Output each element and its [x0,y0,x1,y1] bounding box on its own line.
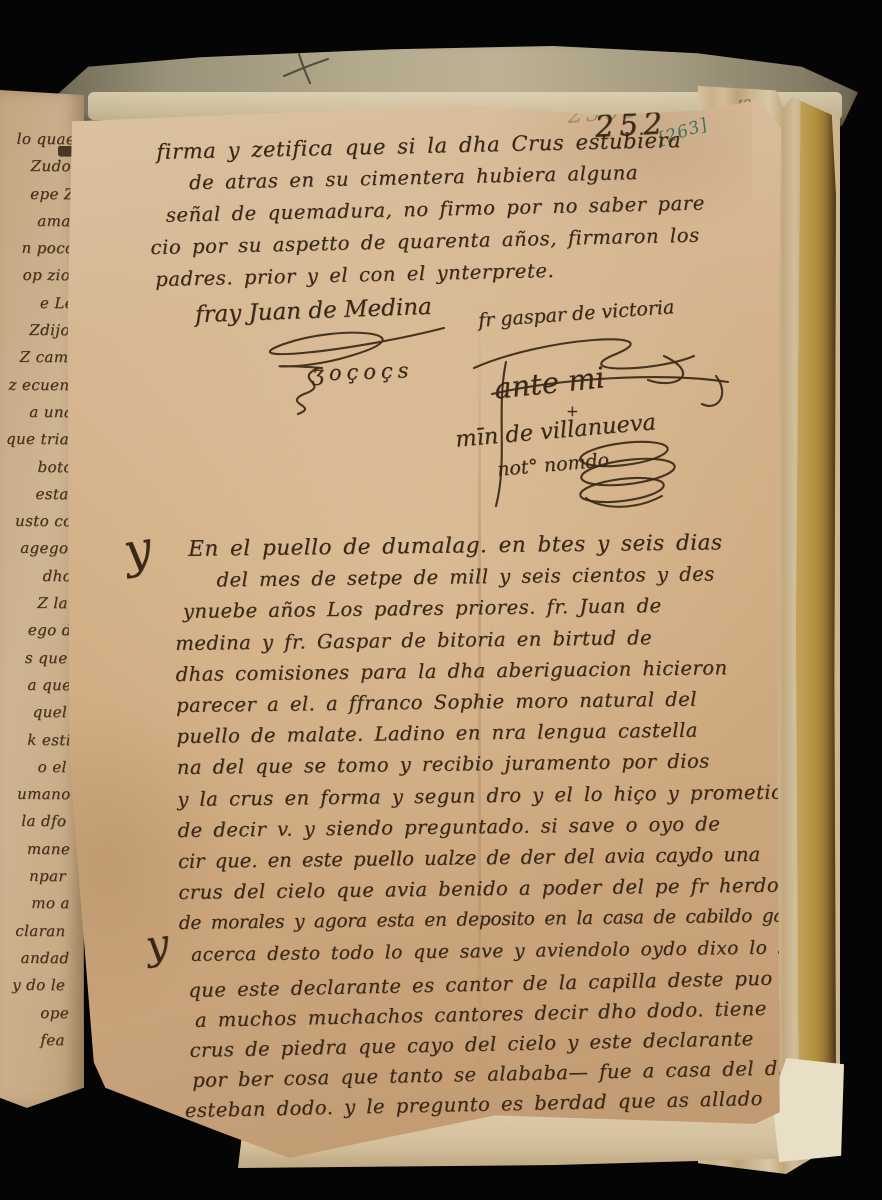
notarial-knot-rubric [562,436,692,516]
line-ending-fragment: ope [0,999,71,1027]
line-ending-fragment: claran [0,917,72,945]
vellum-cover-edge [796,88,836,1165]
line-ending-fragment: Zdijo [2,317,76,345]
line-ending-fragment: Z cami [2,344,76,372]
underlying-sheet-corner [772,1058,844,1162]
line-ending-fragment: epe Z [3,180,77,208]
paragraph-testimony: que este declarante es cantor de la capi… [188,962,844,1126]
line-ending-fragment: fea [0,1027,71,1055]
line-ending-fragment: k esti [0,726,73,754]
line-ending-fragment: umano [0,781,73,809]
facing-page-line-endings: lo quaeZudoepe Zaman pocoop zioe LeZdijo… [0,126,77,1055]
line-ending-fragment: e Le [2,290,76,318]
line-ending-fragment: y do le [0,972,71,1000]
line-ending-fragment: s que [0,644,74,672]
line-ending-fragment: agego [0,535,74,563]
line-ending-fragment: o el [0,754,73,782]
line-ending-fragment: usto co [0,508,74,536]
line-ending-fragment: quel [0,699,73,727]
line-ending-fragment: esta [1,481,75,509]
line-ending-fragment: a una [1,399,75,427]
line-ending-fragment: mo a [0,890,72,918]
line-ending-fragment: mane [0,835,72,863]
signature-fr-gaspar-de-victoria: fr gaspar de victoria [477,296,675,332]
manuscript-photo: [2 [0,0,882,1200]
line-ending-fragment: npar [0,863,72,891]
paragraph-deposition: En el puello de dumalag. en btes y seis … [174,526,826,971]
line-ending-fragment: dho [0,562,74,590]
line-ending-fragment: la dfo [0,808,72,836]
line-ending-fragment: Z la [0,590,74,618]
ink-blot [58,146,73,156]
line-ending-fragment: op zio [2,262,76,290]
line-ending-fragment: boto [1,453,75,481]
line-ending-fragment: ego d [0,617,74,645]
paragraph-certification: firma y zetifica que si la dha Crus estu… [154,124,707,296]
line-ending-fragment: a que [0,672,73,700]
line-ending-fragment: Zudo [3,153,77,181]
line-ending-fragment: n poco [2,235,76,263]
paragraph-margin-mark: y [119,520,155,580]
cross-mark-icon [282,52,332,86]
line-ending-fragment: andad [0,945,72,973]
line-ending-fragment: que tria [1,426,75,454]
line-ending-fragment: z ecuen [1,371,75,399]
baybayin-signature: ʒoçoçs [312,358,414,386]
line-ending-fragment: ama [2,208,76,236]
manuscript-page: 2563 252 [263] firma y zetifica que si l… [62,98,784,1160]
